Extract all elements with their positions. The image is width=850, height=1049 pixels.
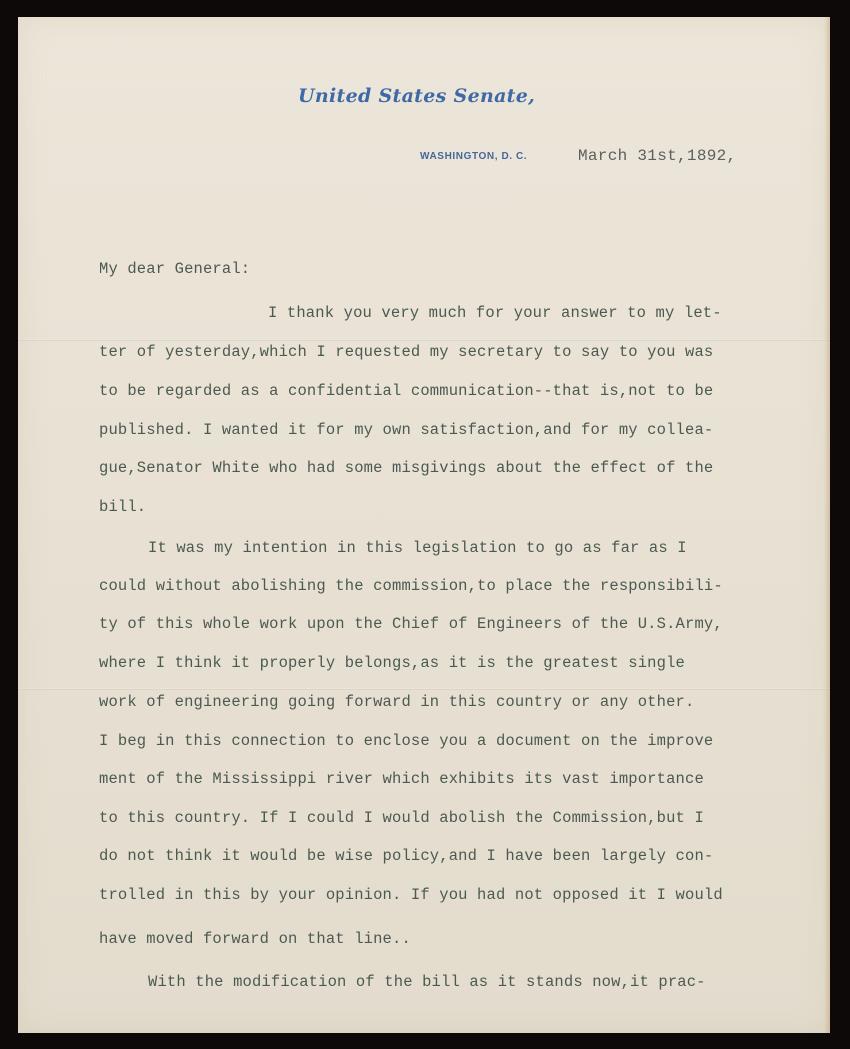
struck-last-line: tically places you fu e a t ... w: [99, 1018, 551, 1032]
body-line: trolled in this by your opinion. If you …: [99, 886, 723, 904]
body-line: ty of this whole work upon the Chief of …: [99, 615, 723, 633]
body-line: have moved forward on that line..: [99, 930, 411, 948]
letterhead-place: WASHINGTON, D. C.: [420, 151, 527, 162]
body-line: where I think it properly belongs,as it …: [99, 654, 685, 672]
letter-page: United States Senate, WASHINGTON, D. C. …: [18, 17, 830, 1033]
body-line: gue,Senator White who had some misgiving…: [99, 459, 713, 477]
body-line: I thank you very much for your answer to…: [268, 304, 722, 322]
body-line: I beg in this connection to enclose you …: [99, 732, 713, 750]
body-line: do not think it would be wise policy,and…: [99, 847, 713, 865]
body-line: to this country. If I could I would abol…: [99, 809, 704, 827]
body-line: bill.: [99, 498, 146, 516]
body-line: could without abolishing the commission,…: [99, 577, 723, 595]
letter-date: March 31st,1892,: [578, 147, 736, 165]
fold-crease-upper: [18, 339, 830, 341]
body-line: It was my intention in this legislation …: [148, 539, 687, 557]
body-line: With the modification of the bill as it …: [148, 973, 706, 991]
fold-crease-lower: [18, 688, 830, 690]
salutation: My dear General:: [99, 260, 250, 278]
body-line: ter of yesterday,which I requested my se…: [99, 343, 713, 361]
body-line: published. I wanted it for my own satisf…: [99, 421, 713, 439]
body-line: work of engineering going forward in thi…: [99, 693, 694, 711]
letterhead-title: United States Senate,: [298, 85, 598, 107]
body-line: to be regarded as a confidential communi…: [99, 382, 713, 400]
body-line: ment of the Mississippi river which exhi…: [99, 770, 704, 788]
